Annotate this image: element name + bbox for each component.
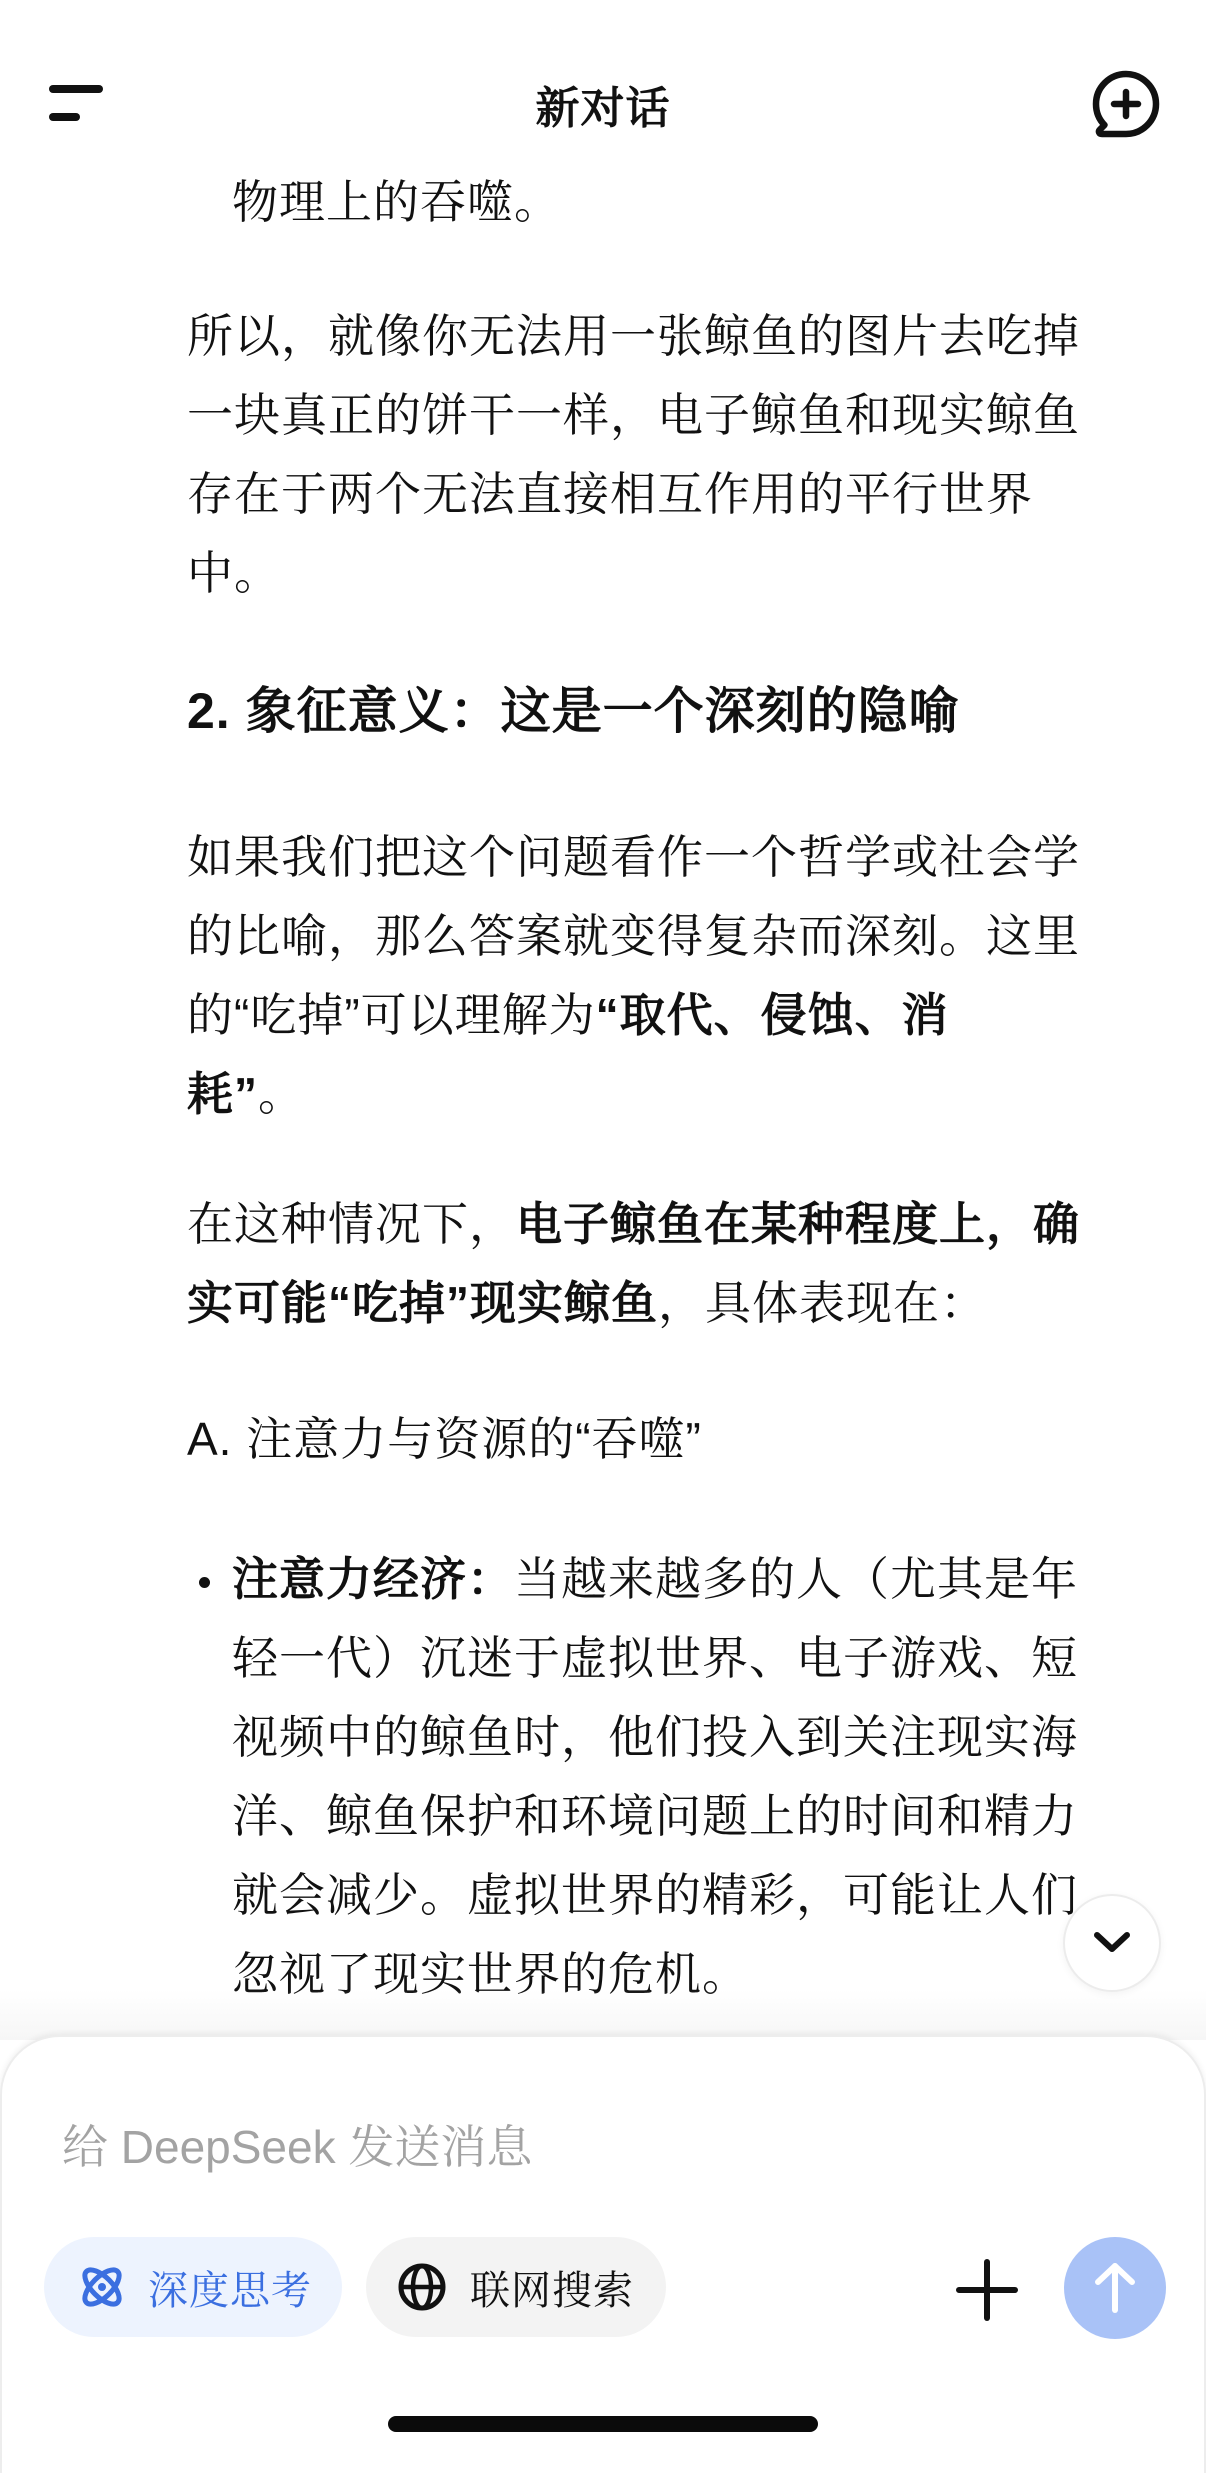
attach-button[interactable] bbox=[952, 2255, 1022, 2325]
text-line: 就会减少。虚拟世界的精彩，可能让人们 bbox=[232, 1856, 1162, 1935]
text-line: 物理上的吞噬。 bbox=[232, 163, 1202, 242]
page-title: 新对话 bbox=[0, 72, 1206, 136]
text-line: 中。 bbox=[187, 534, 1157, 613]
content-fade bbox=[0, 1990, 1206, 2040]
scroll-to-bottom-button[interactable] bbox=[1063, 1894, 1161, 1992]
text-line: 如果我们把这个问题看作一个哲学或社会学 bbox=[187, 818, 1157, 897]
web-search-label: 联网搜索 bbox=[470, 2259, 634, 2316]
message-content[interactable]: 物理上的吞噬。 所以，就像你无法用一张鲸鱼的图片去吃掉 一块真正的饼干一样，电子… bbox=[0, 0, 1206, 2040]
web-search-toggle[interactable]: 联网搜索 bbox=[366, 2237, 666, 2337]
plus-icon bbox=[952, 2255, 1022, 2325]
new-chat-bubble-plus-icon bbox=[1090, 68, 1162, 140]
text-line: 实可能“吃掉”现实鲸鱼，具体表现在： bbox=[187, 1264, 1157, 1343]
deepseek-chat-screen: 物理上的吞噬。 所以，就像你无法用一张鲸鱼的图片去吃掉 一块真正的饼干一样，电子… bbox=[0, 0, 1206, 2473]
new-chat-button[interactable] bbox=[1090, 68, 1162, 140]
text-line: 在这种情况下，电子鲸鱼在某种程度上，确 bbox=[187, 1185, 1157, 1264]
top-bar: 新对话 bbox=[0, 0, 1206, 170]
home-indicator[interactable] bbox=[388, 2416, 818, 2432]
text-line: 一块真正的饼干一样，电子鲸鱼和现实鲸鱼 bbox=[187, 376, 1157, 455]
bullet-icon bbox=[199, 1577, 210, 1588]
bold-text: 耗” bbox=[187, 1068, 258, 1120]
text-line: 洋、鲸鱼保护和环境问题上的时间和精力 bbox=[232, 1777, 1162, 1856]
text-line: 视频中的鲸鱼时，他们投入到关注现实海 bbox=[232, 1698, 1162, 1777]
text-line: 存在于两个无法直接相互作用的平行世界 bbox=[187, 455, 1157, 534]
subheading: A. 注意力与资源的“吞噬” bbox=[187, 1400, 1157, 1479]
list-item: 注意力经济：当越来越多的人（尤其是年 轻一代）沉迷于虚拟世界、电子游戏、短 视频… bbox=[232, 1540, 1162, 2014]
text-line: 轻一代）沉迷于虚拟世界、电子游戏、短 bbox=[232, 1619, 1162, 1698]
chevron-down-icon bbox=[1092, 1929, 1132, 1957]
globe-icon bbox=[396, 2261, 448, 2313]
arrow-up-icon bbox=[1090, 2258, 1140, 2318]
paragraph-analogy: 所以，就像你无法用一张鲸鱼的图片去吃掉 一块真正的饼干一样，电子鲸鱼和现实鲸鱼 … bbox=[187, 297, 1157, 613]
text-line: 的“吃掉”可以理解为“取代、侵蚀、消 bbox=[187, 976, 1157, 1055]
bold-text: 注意力经济： bbox=[232, 1553, 514, 1605]
paragraph-situation: 在这种情况下，电子鲸鱼在某种程度上，确 实可能“吃掉”现实鲸鱼，具体表现在： bbox=[187, 1185, 1157, 1343]
paragraph-metaphor: 如果我们把这个问题看作一个哲学或社会学 的比喻，那么答案就变得复杂而深刻。这里 … bbox=[187, 818, 1157, 1134]
atom-icon bbox=[76, 2261, 128, 2313]
message-input[interactable] bbox=[62, 2107, 1062, 2187]
text-line: 的比喻，那么答案就变得复杂而深刻。这里 bbox=[187, 897, 1157, 976]
text-line: 所以，就像你无法用一张鲸鱼的图片去吃掉 bbox=[187, 297, 1157, 376]
message-composer: 深度思考 联网搜索 bbox=[0, 2035, 1206, 2473]
deep-think-toggle[interactable]: 深度思考 bbox=[44, 2237, 342, 2337]
deep-think-label: 深度思考 bbox=[148, 2259, 312, 2316]
section-heading: 2. 象征意义：这是一个深刻的隐喻 bbox=[187, 676, 1157, 746]
send-button[interactable] bbox=[1064, 2237, 1166, 2339]
bold-text: 实可能“吃掉”现实鲸鱼 bbox=[187, 1277, 658, 1329]
text-line: 注意力经济：当越来越多的人（尤其是年 bbox=[232, 1540, 1162, 1619]
text-line: 耗”。 bbox=[187, 1055, 1157, 1134]
bold-text: “取代、侵蚀、消 bbox=[596, 989, 949, 1041]
bold-text: 电子鲸鱼在某种程度上，确 bbox=[516, 1198, 1080, 1250]
